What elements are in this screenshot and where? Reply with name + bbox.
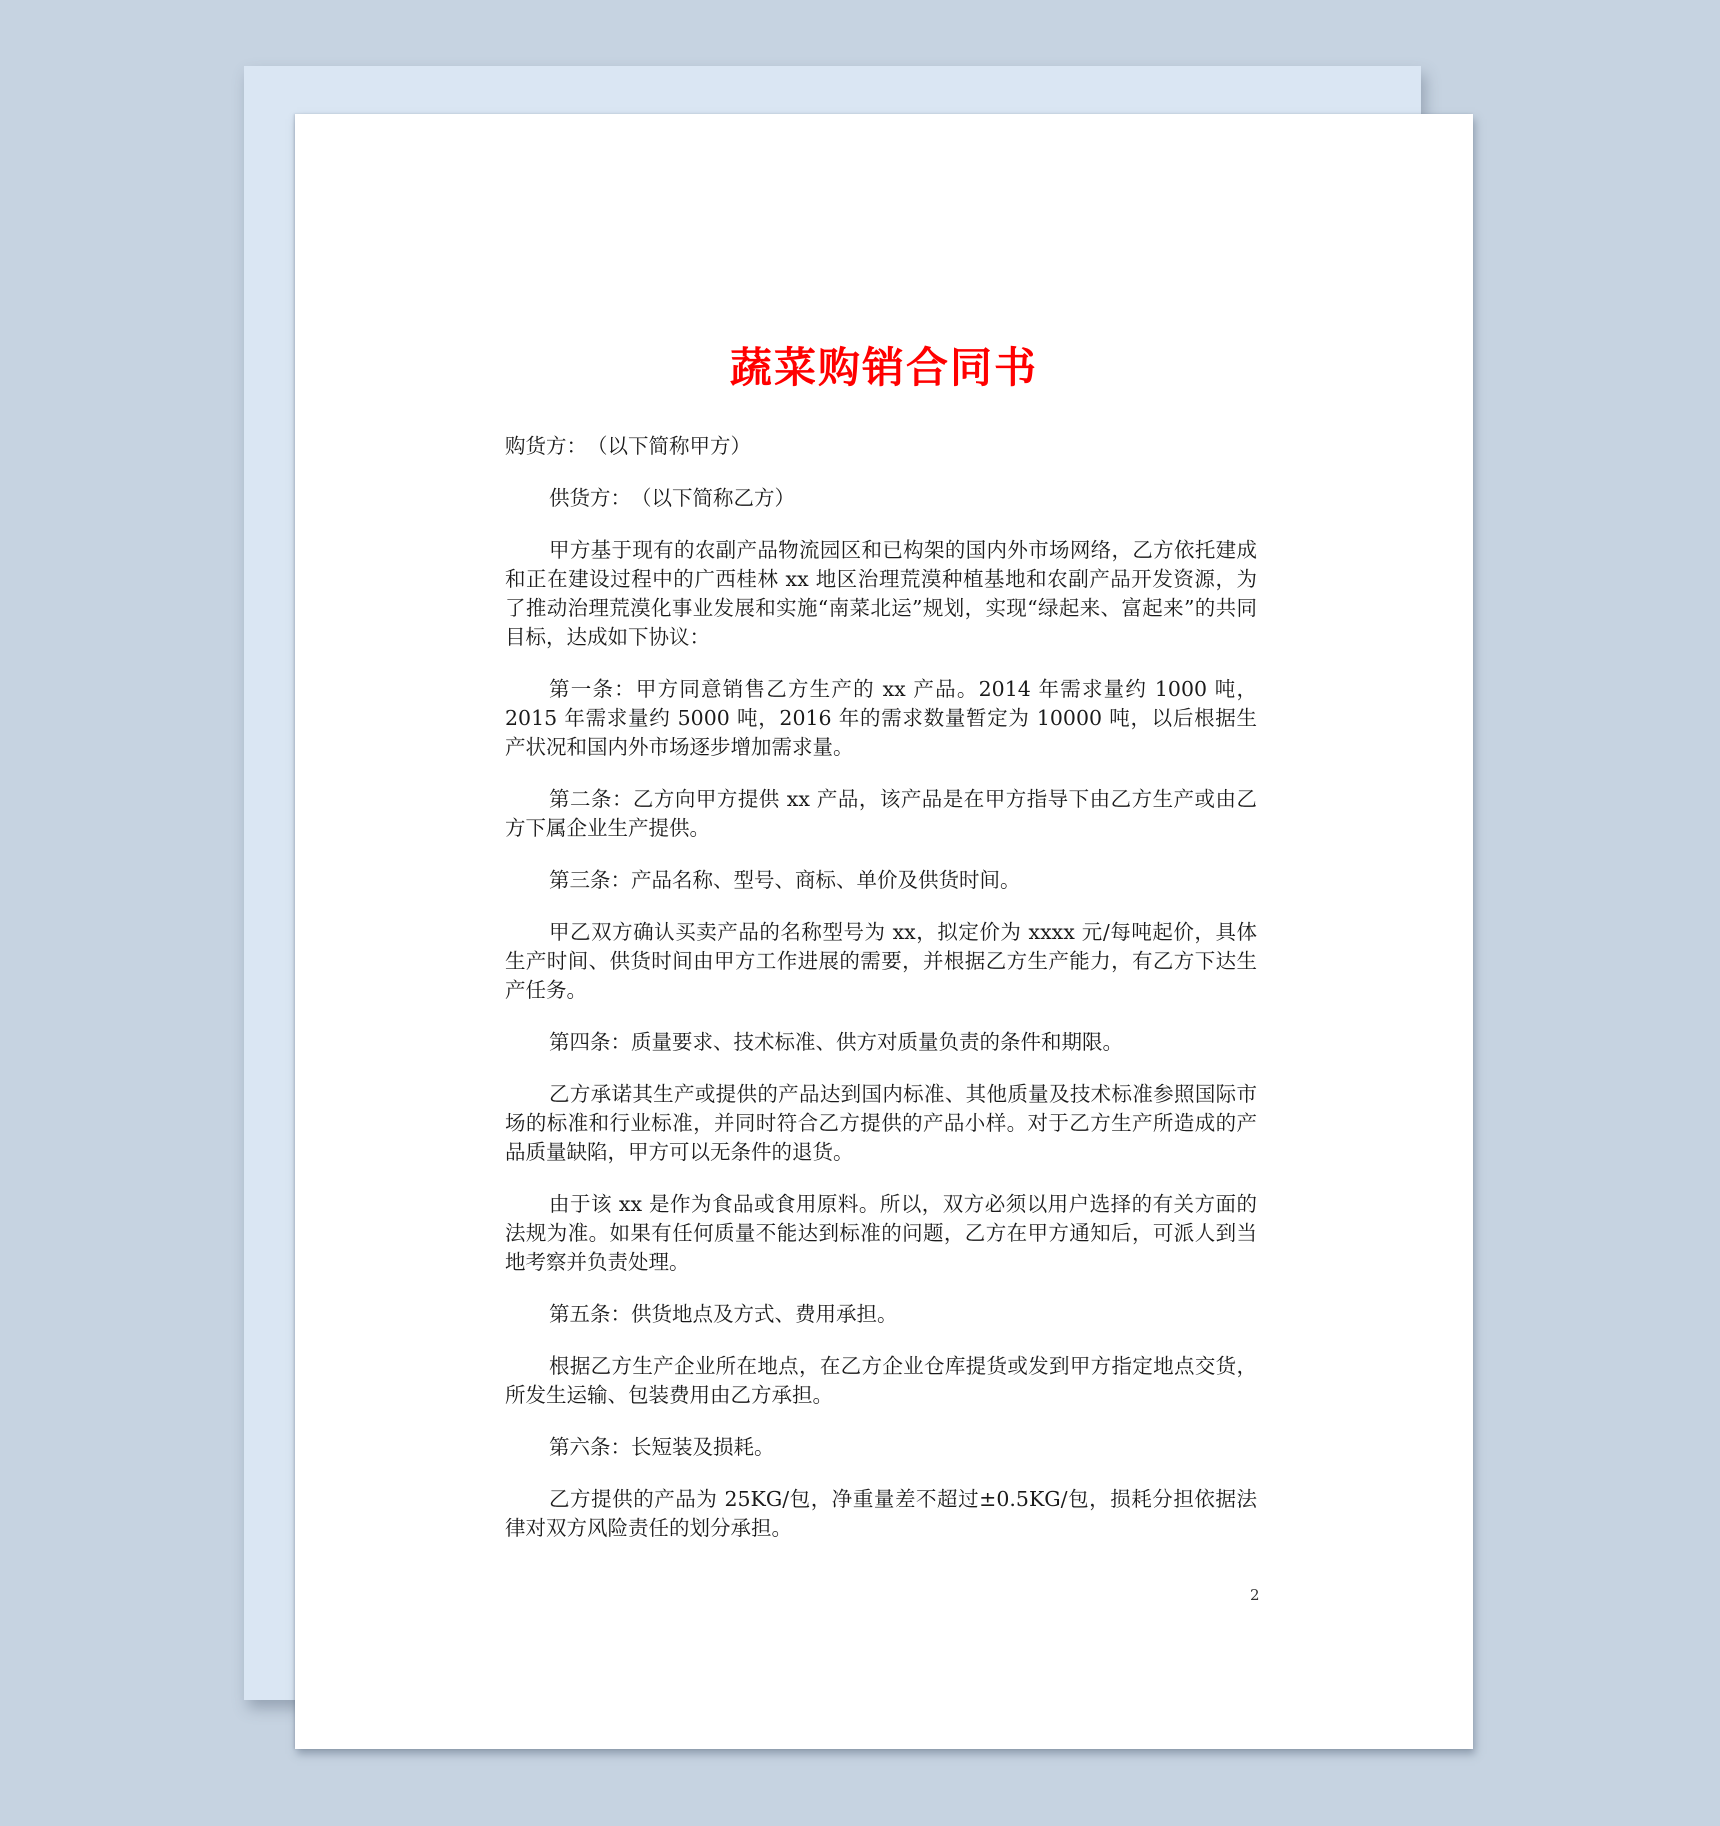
- article-4-body-2: 由于该 xx 是作为食品或食用原料。所以，双方必须以用户选择的有关方面的法规为准…: [505, 1190, 1257, 1277]
- article-1: 第一条：甲方同意销售乙方生产的 xx 产品。2014 年需求量约 1000 吨，…: [505, 675, 1257, 762]
- page-number: 2: [1250, 1586, 1260, 1604]
- preamble-paragraph: 甲方基于现有的农副产品物流园区和已构架的国内外市场网络，乙方依托建成和正在建设过…: [505, 536, 1257, 652]
- article-4-heading: 第四条：质量要求、技术标准、供方对质量负责的条件和期限。: [505, 1028, 1257, 1057]
- buyer-line: 购货方： （以下简称甲方）: [505, 432, 1257, 461]
- article-4-body-1: 乙方承诺其生产或提供的产品达到国内标准、其他质量及技术标准参照国际市场的标准和行…: [505, 1080, 1257, 1167]
- article-6-body: 乙方提供的产品为 25KG/包，净重量差不超过±0.5KG/包，损耗分担依据法律…: [505, 1485, 1257, 1543]
- document-page: 蔬菜购销合同书 购货方： （以下简称甲方） 供货方： （以下简称乙方） 甲方基于…: [295, 114, 1473, 1749]
- document-body: 购货方： （以下简称甲方） 供货方： （以下简称乙方） 甲方基于现有的农副产品物…: [505, 432, 1257, 1566]
- article-3-body: 甲乙双方确认买卖产品的名称型号为 xx，拟定价为 xxxx 元/每吨起价，具体生…: [505, 918, 1257, 1005]
- article-2: 第二条：乙方向甲方提供 xx 产品，该产品是在甲方指导下由乙方生产或由乙方下属企…: [505, 785, 1257, 843]
- article-5-body: 根据乙方生产企业所在地点，在乙方企业仓库提货或发到甲方指定地点交货，所发生运输、…: [505, 1352, 1257, 1410]
- supplier-line: 供货方： （以下简称乙方）: [505, 484, 1257, 513]
- document-title: 蔬菜购销合同书: [295, 342, 1473, 394]
- article-6-heading: 第六条：长短装及损耗。: [505, 1433, 1257, 1462]
- article-3-heading: 第三条：产品名称、型号、商标、单价及供货时间。: [505, 866, 1257, 895]
- article-5-heading: 第五条：供货地点及方式、费用承担。: [505, 1300, 1257, 1329]
